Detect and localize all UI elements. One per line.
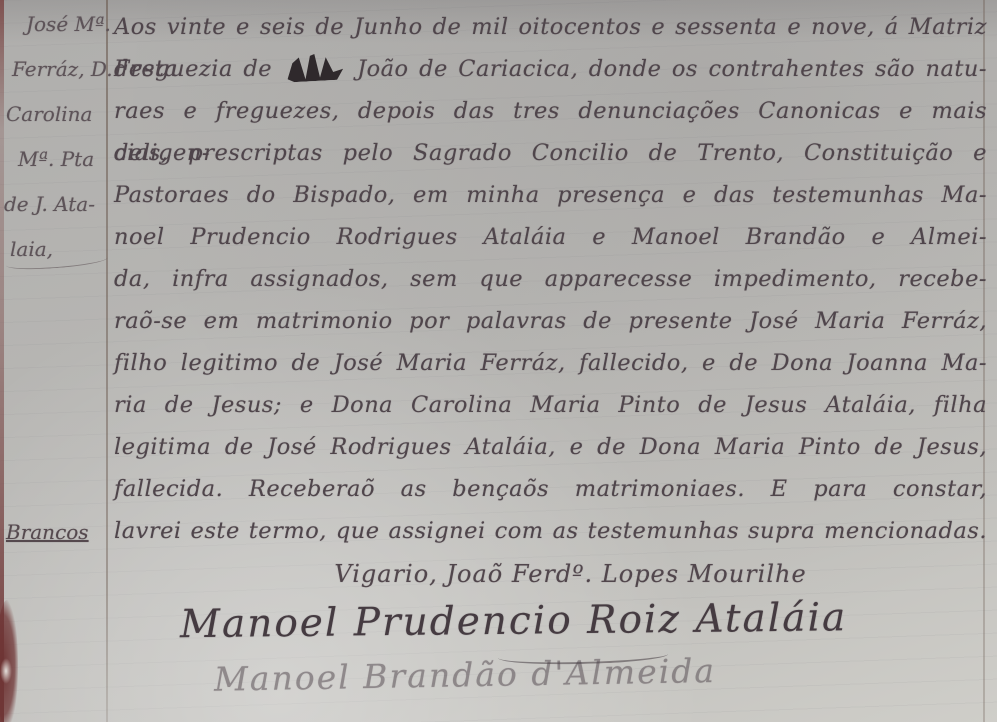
record-text-line: cias, prescriptas pelo Sagrado Concilio … — [114, 132, 987, 174]
margin-note-line: José Mª. — [26, 12, 111, 36]
officiant-signature-line: Vigario, Joaõ Ferdº. Lopes Mourilhe — [114, 556, 987, 592]
record-text-line: raes e freguezes, depois das tres denunc… — [114, 90, 987, 132]
record-text-line: legitima de José Rodrigues Ataláia, e de… — [114, 426, 987, 468]
record-text-line: filho legitimo de José Maria Ferráz, fal… — [114, 342, 987, 384]
record-body: Aos vinte e seis de Junho de mil oitocen… — [114, 6, 987, 698]
margin-note-line: Carolina — [6, 102, 92, 126]
margin-note-line: Mª. Pta — [18, 147, 94, 171]
ink-blot-icon — [286, 53, 343, 83]
margin-rule-left — [106, 0, 108, 722]
record-text-line: Pastoraes do Bispado, em minha presença … — [114, 174, 987, 216]
margin-status-note: Brancos — [6, 520, 89, 544]
document-page: José Mª. Ferráz, D. Carolina Mª. Pta de … — [0, 0, 997, 722]
record-text-line: lavrei este termo, que assignei com as t… — [114, 510, 987, 552]
margin-note-line: de J. Ata- — [4, 192, 95, 216]
record-text-line: fallecida. Receberaõ as bençaõs matrimon… — [114, 468, 987, 510]
margin-note-line: Ferráz, D. — [12, 57, 113, 81]
record-text-line: Aos vinte e seis de Junho de mil oitocen… — [114, 6, 987, 48]
line2-prefix: Freguezia de — [114, 56, 272, 82]
record-text-line: Freguezia de João de Cariacica, donde os… — [114, 48, 987, 90]
line2-suffix: João de Cariacica, donde os contrahentes… — [357, 56, 987, 82]
record-text-line: noel Prudencio Rodrigues Ataláia e Manoe… — [114, 216, 987, 258]
binding-highlight-spot — [0, 658, 12, 684]
record-text-line: ria de Jesus; e Dona Carolina Maria Pint… — [114, 384, 987, 426]
binding-blob — [0, 600, 18, 722]
record-text-line: raõ-se em matrimonio por palavras de pre… — [114, 300, 987, 342]
witness-signature: Manoel Prudencio Roiz Ataláia — [180, 592, 987, 650]
record-text-line: da, infra assignados, sem que apparecess… — [114, 258, 987, 300]
